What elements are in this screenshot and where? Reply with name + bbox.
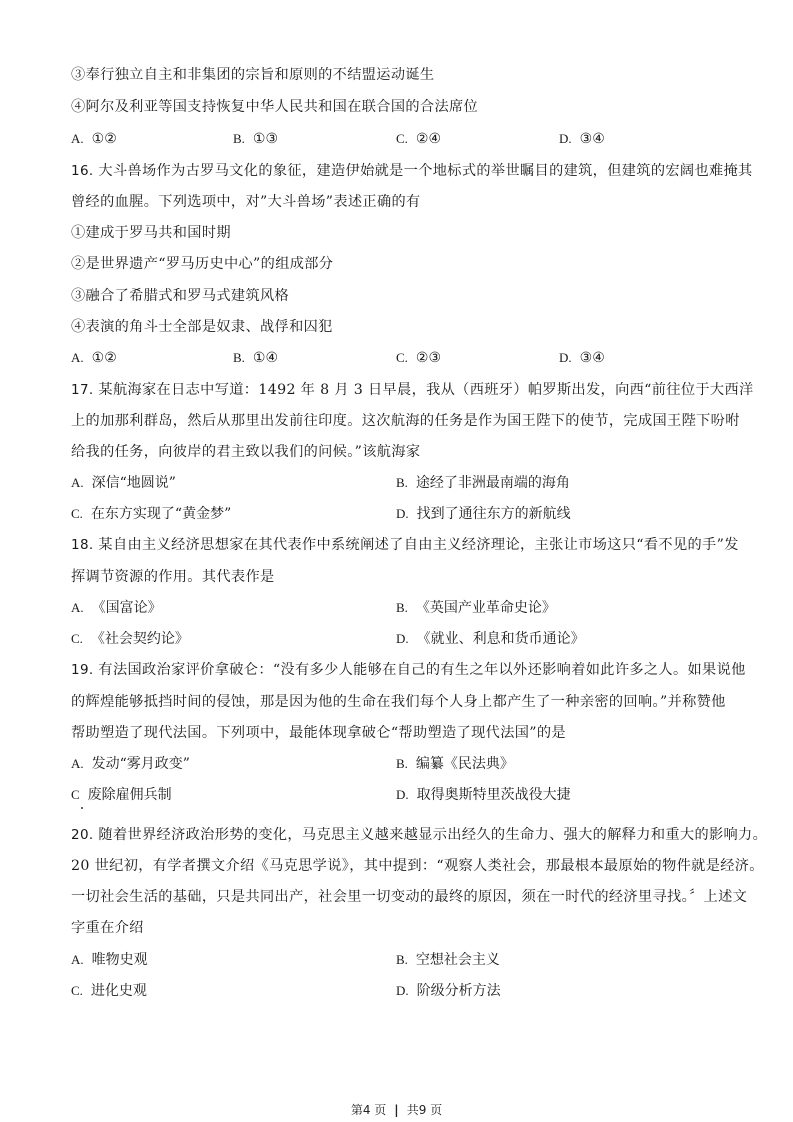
statement-item: ④表演的角斗士全部是奴隶、战俘和囚犯 xyxy=(71,317,333,337)
option-d[interactable]: D.《就业、利息和货币通论》 xyxy=(396,629,585,649)
option-a[interactable]: A.《国富论》 xyxy=(71,598,162,618)
option-a[interactable]: A.唯物史观 xyxy=(71,950,148,970)
option-d[interactable]: D.③④ xyxy=(559,129,605,149)
question-stem: 18. 某自由主义经济思想家在其代表作中系统阐述了自由主义经济理论，主张让市场这… xyxy=(71,535,739,555)
option-c[interactable]: C.②③ xyxy=(396,348,441,368)
option-c[interactable]: C废除雇佣兵制 xyxy=(71,785,172,805)
question-stem: 17. 某航海家在日志中写道：1492 年 8 月 3 日早晨，我从（西班牙）帕… xyxy=(71,380,754,400)
question-stem: 16. 大斗兽场作为古罗马文化的象征，建造伊始就是一个地标式的举世瞩目的建筑，但… xyxy=(71,161,753,181)
option-b[interactable]: B.途经了非洲最南端的海角 xyxy=(396,473,570,493)
question-number: 20. xyxy=(71,827,94,843)
question-stem: 曾经的血腥。下列选项中，对”大斗兽场”表述正确的有 xyxy=(71,192,421,212)
statement-item: ②是世界遗产“罗马历史中心”的组成部分 xyxy=(71,254,333,274)
question-number: 16. xyxy=(71,163,94,179)
option-b[interactable]: B.空想社会主义 xyxy=(396,950,500,970)
option-d[interactable]: D.找到了通往东方的新航线 xyxy=(396,504,571,524)
statement-item: ④阿尔及利亚等国支持恢复中华人民共和国在联合国的合法席位 xyxy=(71,97,478,117)
option-d[interactable]: D.阶级分析方法 xyxy=(396,981,501,1001)
option-c[interactable]: C.《社会契约论》 xyxy=(71,629,189,649)
option-c[interactable]: C.在东方实现了“黄金梦” xyxy=(71,504,231,524)
option-a[interactable]: A.①② xyxy=(71,348,117,368)
option-b[interactable]: B.①③ xyxy=(233,129,278,149)
stray-mark xyxy=(81,807,83,809)
option-d[interactable]: D.取得奥斯特里茨战役大捷 xyxy=(396,785,571,805)
option-b[interactable]: B.①④ xyxy=(233,348,278,368)
option-a[interactable]: A.①② xyxy=(71,129,117,149)
current-page: 第4 页 xyxy=(351,1103,386,1117)
statement-item: ③奉行独立自主和非集团的宗旨和原则的不结盟运动诞生 xyxy=(71,65,434,85)
question-stem: 一切社会生活的基础，只是共同出产，社会里一切变动的最终的原因，须在一时代的经济里… xyxy=(71,887,747,907)
option-a[interactable]: A.发动“雾月政变” xyxy=(71,754,190,774)
question-stem: 字重在介绍 xyxy=(71,918,144,938)
question-stem: 给我的任务，向彼岸的君主致以我们的问候。”该航海家 xyxy=(71,442,420,462)
option-c[interactable]: C.进化史观 xyxy=(71,981,147,1001)
option-d[interactable]: D.③④ xyxy=(559,348,605,368)
total-pages: 共9 页 xyxy=(407,1103,442,1117)
question-stem: 的辉煌能够抵挡时间的侵蚀，那是因为他的生命在我们每个人身上都产生了一种亲密的回响… xyxy=(71,692,726,712)
option-b[interactable]: B.编纂《民法典》 xyxy=(396,754,514,774)
question-stem: 帮助塑造了现代法国。下列项中，最能体现拿破仑“帮助塑造了现代法国”的是 xyxy=(71,723,566,743)
footer-separator: | xyxy=(394,1103,398,1117)
question-number: 17. xyxy=(71,382,94,398)
option-b[interactable]: B.《英国产业革命史论》 xyxy=(396,598,556,618)
statement-item: ③融合了希腊式和罗马式建筑风格 xyxy=(71,286,289,306)
question-number: 18. xyxy=(71,537,94,553)
option-a[interactable]: A.深信“地圆说” xyxy=(71,473,176,493)
question-stem: 20. 随着世界经济政治形势的变化，马克思主义越来越显示出经久的生命力、强大的解… xyxy=(71,825,767,845)
question-stem: 20 世纪初，有学者撰文介绍《马克思学说》，其中提到：“观察人类社会，那最根本最… xyxy=(71,856,764,876)
question-stem: 挥调节资源的作用。其代表作是 xyxy=(71,567,275,587)
question-number: 19. xyxy=(71,662,94,678)
question-stem: 上的加那利群岛，然后从那里出发前往印度。这次航海的任务是作为国王陛下的使节，完成… xyxy=(71,411,740,431)
question-stem: 19. 有法国政治家评价拿破仑：“没有多少人能够在自己的有生之年以外还影响着如此… xyxy=(71,660,746,680)
option-c[interactable]: C.②④ xyxy=(396,129,441,149)
statement-item: ①建成于罗马共和国时期 xyxy=(71,223,231,243)
page-footer: 第4 页|共9 页 xyxy=(0,1101,793,1118)
